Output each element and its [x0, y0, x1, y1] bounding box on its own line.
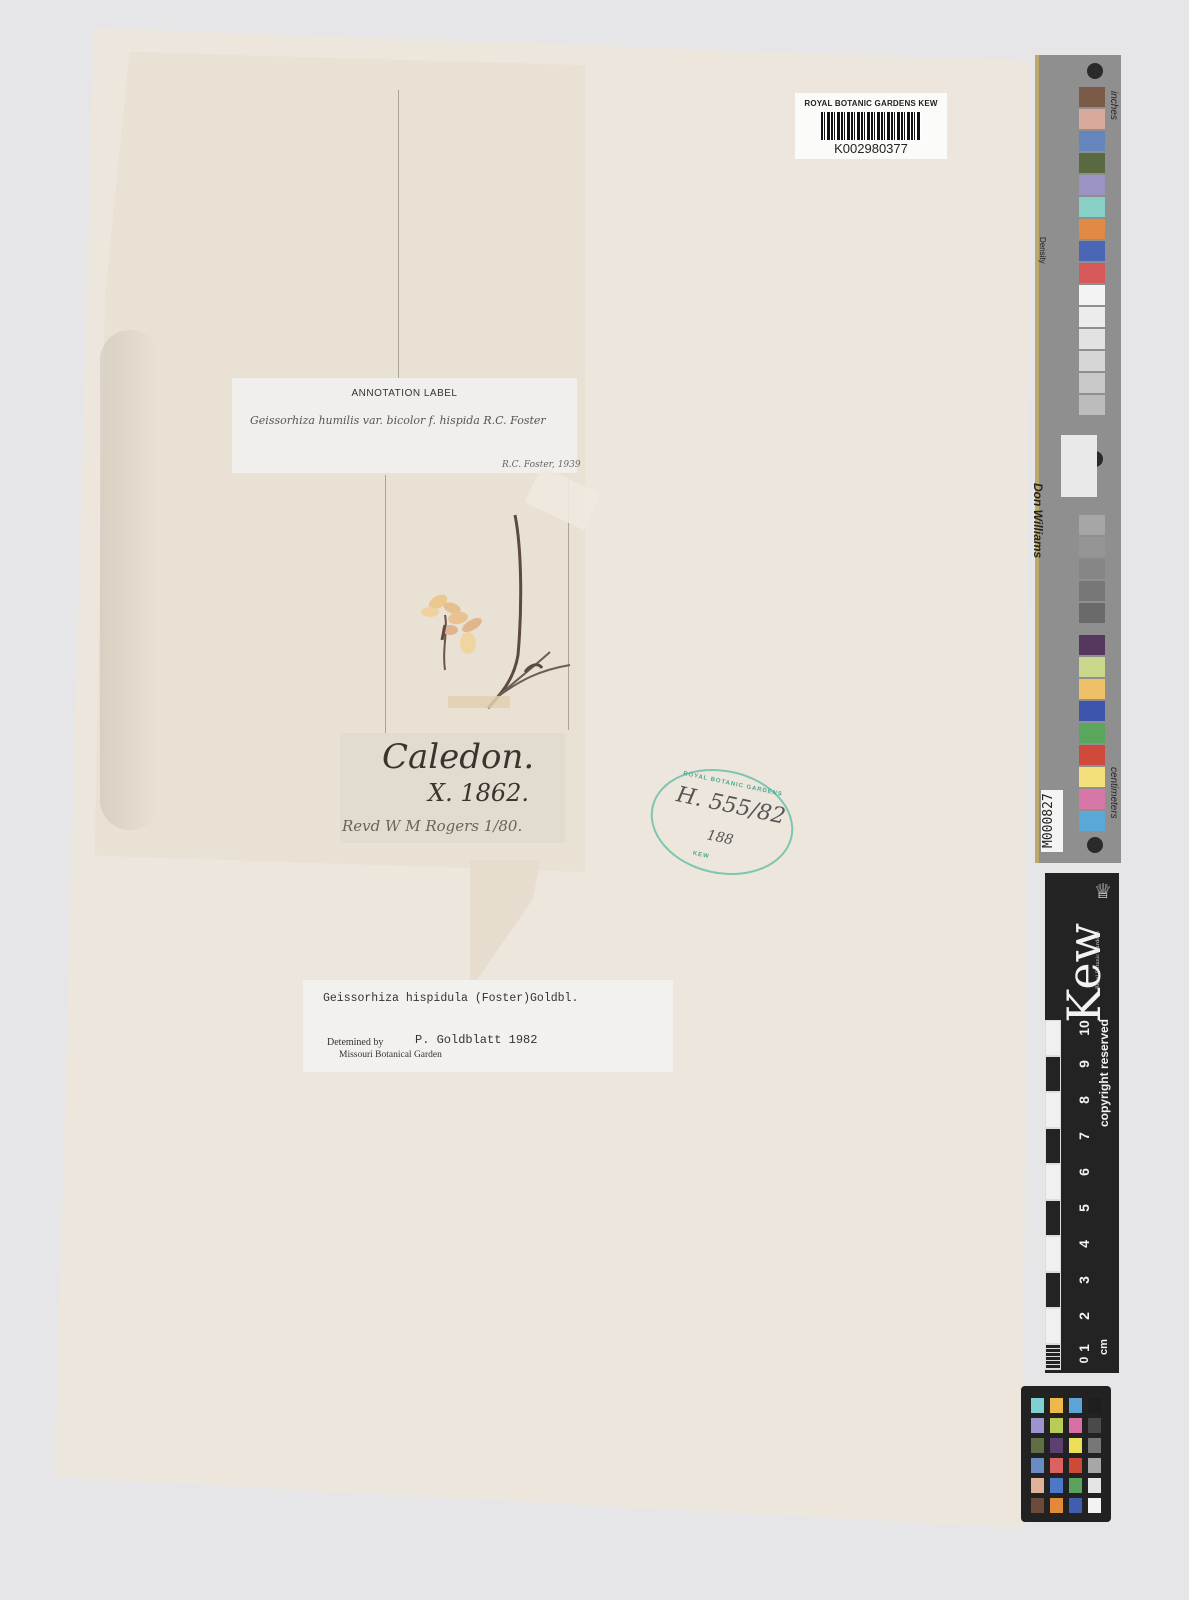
- scale-segment: [1045, 1236, 1061, 1272]
- checker-patch: [1050, 1498, 1063, 1513]
- checker-patch: [1088, 1498, 1101, 1513]
- scale-segment: [1045, 1164, 1061, 1200]
- pencil-line: [385, 475, 386, 735]
- scale-tick-9: 9: [1076, 1055, 1092, 1073]
- checker-patch: [1031, 1418, 1044, 1433]
- brand-label: Don Williams: [1031, 483, 1045, 558]
- color-swatch: [1079, 515, 1105, 535]
- checker-patch: [1050, 1478, 1063, 1493]
- color-swatch: [1079, 263, 1105, 283]
- barcode-icon: [821, 112, 921, 140]
- scale-tick-3: 3: [1076, 1271, 1092, 1289]
- color-checker: [1021, 1386, 1111, 1522]
- color-swatch: [1079, 131, 1105, 151]
- checker-patch: [1088, 1438, 1101, 1453]
- institution-name: ROYAL BOTANIC GARDENS KEW: [795, 99, 947, 108]
- locality-place: Caledon.: [382, 737, 534, 777]
- checker-patch: [1031, 1438, 1044, 1453]
- color-swatch: [1079, 559, 1105, 579]
- checker-patch: [1069, 1498, 1082, 1513]
- kew-subtitle: Royal Botanic Gardens: [1095, 931, 1101, 989]
- checker-patch: [1050, 1458, 1063, 1473]
- color-swatch: [1079, 723, 1105, 743]
- checker-patch: [1050, 1438, 1063, 1453]
- stamp-number: 188: [705, 827, 734, 848]
- copyright-label: copyright reserved: [1097, 1019, 1111, 1127]
- scale-segment: [1045, 1200, 1061, 1236]
- ruler-id: M000827: [1041, 790, 1063, 852]
- checker-patch: [1031, 1458, 1044, 1473]
- crest-icon: ♕: [1091, 879, 1115, 909]
- determined-by-label: Detemined by: [327, 1037, 383, 1048]
- color-swatch: [1079, 789, 1105, 809]
- ruler-hole: [1087, 63, 1103, 79]
- annotation-title: ANNOTATION LABEL: [232, 388, 577, 399]
- inches-label: inches: [1108, 91, 1119, 120]
- checker-patch: [1088, 1398, 1101, 1413]
- scale-segment: [1045, 1056, 1061, 1092]
- color-swatch: [1079, 701, 1105, 721]
- scale-tick-5: 5: [1076, 1199, 1092, 1217]
- color-swatch: [1079, 767, 1105, 787]
- determination-slip: Geissorhiza hispidula (Foster)Goldbl. De…: [303, 980, 673, 1072]
- checker-patch: [1069, 1438, 1082, 1453]
- color-swatch: [1079, 197, 1105, 217]
- checker-patch: [1069, 1478, 1082, 1493]
- checker-patch: [1050, 1398, 1063, 1413]
- checker-patch: [1069, 1418, 1082, 1433]
- color-swatch: [1079, 373, 1105, 393]
- scale-segment: [1045, 1092, 1061, 1128]
- stamp-text-bottom: KEW: [692, 851, 710, 860]
- checker-patch: [1088, 1418, 1101, 1433]
- color-swatch: [1079, 395, 1105, 415]
- color-swatch: [1079, 603, 1105, 623]
- color-swatch: [1079, 679, 1105, 699]
- color-swatch: [1079, 657, 1105, 677]
- density-label: Density: [1038, 237, 1047, 264]
- scale-segment: [1045, 1344, 1061, 1370]
- scale-tick-7: 7: [1076, 1127, 1092, 1145]
- scale-tick-6: 6: [1076, 1163, 1092, 1181]
- color-swatch: [1079, 307, 1105, 327]
- scale-tick-0: 0: [1077, 1351, 1091, 1369]
- color-swatch: [1079, 175, 1105, 195]
- checker-patch: [1088, 1478, 1101, 1493]
- color-swatch: [1079, 219, 1105, 239]
- color-swatch: [1079, 351, 1105, 371]
- scale-unit: cm: [1098, 1338, 1110, 1356]
- scale-segment: [1045, 1020, 1061, 1056]
- checker-patch: [1031, 1478, 1044, 1493]
- determiner-institution: Missouri Botanical Garden: [339, 1050, 442, 1060]
- barcode-id: K002980377: [795, 141, 947, 156]
- checker-patch: [1031, 1398, 1044, 1413]
- scale-segment: [1045, 1308, 1061, 1344]
- color-swatch: [1079, 329, 1105, 349]
- paper-stain: [100, 330, 160, 830]
- kew-logo: Kew: [1057, 923, 1111, 1023]
- ruler-hole: [1087, 837, 1103, 853]
- color-swatch: [1079, 745, 1105, 765]
- kew-scale-bar: ♕ Kew Royal Botanic Gardens copyright re…: [1045, 873, 1119, 1373]
- determined-taxon: Geissorhiza hispidula (Foster)Goldbl.: [323, 992, 578, 1005]
- scale-segment: [1045, 1128, 1061, 1164]
- barcode-label: ROYAL BOTANIC GARDENS KEW K002980377: [795, 93, 947, 159]
- color-swatch: [1079, 109, 1105, 129]
- pencil-line: [398, 90, 399, 380]
- color-swatch: [1079, 241, 1105, 261]
- checker-patch: [1069, 1398, 1082, 1413]
- plant-specimen-icon: [400, 490, 600, 720]
- color-swatch: [1079, 537, 1105, 557]
- annotation-name: Geissorhiza humilis var. bicolor f. hisp…: [250, 414, 546, 427]
- color-swatch: [1079, 635, 1105, 655]
- color-ruler: inches centimeters Don Williams Density …: [1035, 55, 1121, 863]
- annotation-label: ANNOTATION LABEL Geissorhiza humilis var…: [232, 378, 577, 473]
- scale-tick-8: 8: [1076, 1091, 1092, 1109]
- color-swatch: [1079, 581, 1105, 601]
- gray-target: [1061, 435, 1097, 497]
- checker-patch: [1050, 1418, 1063, 1433]
- scale-segment: [1045, 1272, 1061, 1308]
- color-swatch: [1079, 285, 1105, 305]
- centimeters-label: centimeters: [1108, 767, 1119, 819]
- scale-tick-4: 4: [1076, 1235, 1092, 1253]
- checker-patch: [1031, 1498, 1044, 1513]
- locality-label: Caledon. X. 1862. Revd W M Rogers 1/80.: [340, 733, 565, 843]
- color-swatch: [1079, 153, 1105, 173]
- collection-date: X. 1862.: [428, 779, 529, 807]
- checker-patch: [1069, 1458, 1082, 1473]
- scale-tick-10: 10: [1076, 1019, 1092, 1037]
- scale-tick-2: 2: [1076, 1307, 1092, 1325]
- checker-patch: [1088, 1458, 1101, 1473]
- color-swatch: [1079, 87, 1105, 107]
- color-swatch: [1079, 811, 1105, 831]
- mounting-tape: [448, 696, 510, 708]
- collector-name: Revd W M Rogers 1/80.: [342, 817, 522, 835]
- determiner-name: P. Goldblatt 1982: [415, 1033, 537, 1047]
